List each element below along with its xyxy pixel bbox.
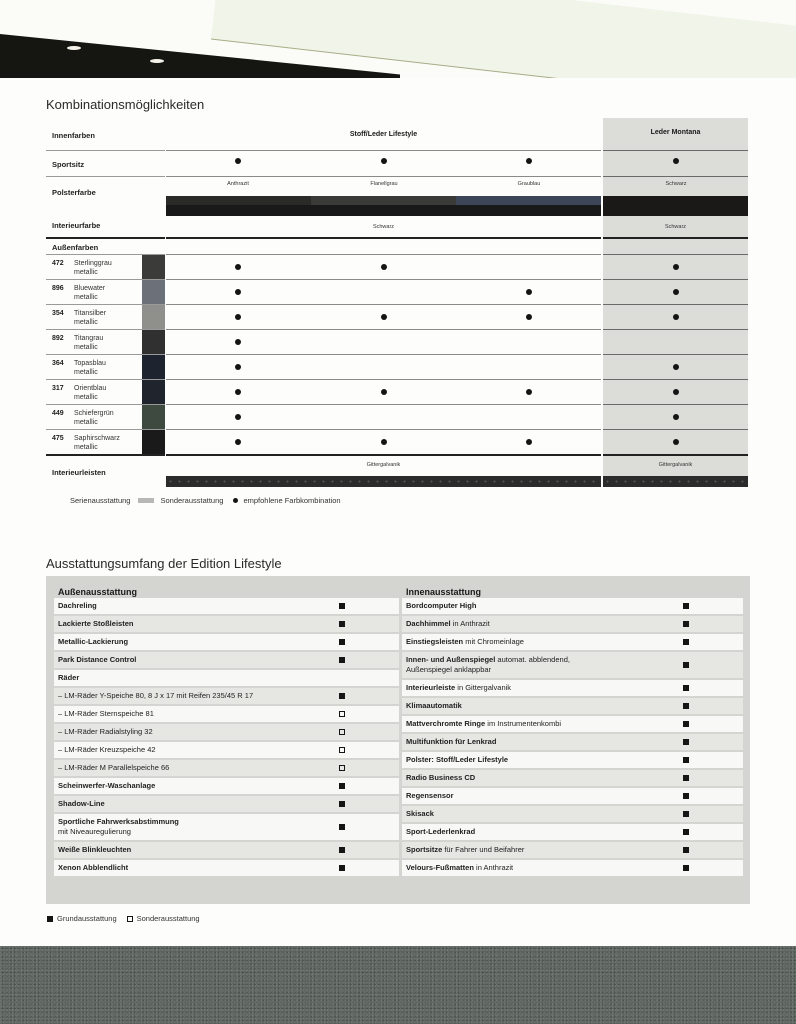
filled-square-icon: [683, 603, 689, 609]
equipment-item-label: Einstiegsleisten mit Chromeinlage: [406, 634, 743, 650]
equipment-item: Shadow-Line: [54, 796, 399, 814]
filled-square-icon: [339, 621, 345, 627]
equipment-item: Polster: Stoff/Leder Lifestyle: [402, 752, 743, 770]
filled-square-icon: [683, 757, 689, 763]
recommended-dot: [673, 264, 679, 270]
filled-square-icon: [339, 824, 345, 830]
recommended-dot: [673, 289, 679, 295]
equipment-item: Bordcomputer High: [402, 598, 743, 616]
combinations-legend: Serienausstattung Sonderausstattung empf…: [70, 496, 341, 505]
equipment-item: Radio Business CD: [402, 770, 743, 788]
row-divider: [166, 279, 601, 280]
equipment-item-label: Metallic-Lackierung: [58, 634, 399, 650]
equipment-item: Skisack: [402, 806, 743, 824]
equipment-item-label: Park Distance Control: [58, 652, 399, 668]
row-divider: [166, 429, 601, 430]
legend-optional-swatch: [138, 498, 154, 503]
ceiling-lamp: [67, 46, 81, 50]
row-divider: [166, 237, 601, 239]
equipment-item: Klimaautomatik: [402, 698, 743, 716]
filled-square-icon: [339, 693, 345, 699]
row-divider: [46, 454, 165, 456]
equipment-item-label: Lackierte Stoßleisten: [58, 616, 399, 632]
equipment-item-label: Scheinwerfer-Waschanlage: [58, 778, 399, 794]
sport-seat-dot: [526, 158, 532, 164]
open-square-icon: [339, 765, 345, 771]
exterior-color-code: 317: [52, 385, 64, 392]
equipment-item-label: Shadow-Line: [58, 796, 399, 812]
exterior-color-code: 892: [52, 335, 64, 342]
trim-bar-montana: [603, 476, 748, 487]
equipment-item-label: Interieurleiste in Gittergalvanik: [406, 680, 743, 696]
equipment-item-label: Regensensor: [406, 788, 743, 804]
row-divider: [603, 279, 748, 280]
row-divider: [166, 176, 601, 177]
equipment-item: Interieurleiste in Gittergalvanik: [402, 680, 743, 698]
row-divider: [603, 150, 748, 151]
interior-color-montana: Schwarz: [603, 224, 748, 230]
label-interior-colors: Innenfarben: [52, 131, 95, 140]
equipment-item-label: Skisack: [406, 806, 743, 822]
row-divider: [603, 354, 748, 355]
equipment-item: Einstiegsleisten mit Chromeinlage: [402, 634, 743, 652]
row-divider: [166, 150, 601, 151]
equipment-item: Mattverchromte Ringe im Instrumentenkomb…: [402, 716, 743, 734]
row-divider: [603, 454, 748, 456]
row-divider: [166, 379, 601, 380]
equipment-item: – LM-Räder Sternspeiche 81: [54, 706, 399, 724]
exterior-color-code: 472: [52, 260, 64, 267]
exterior-color-code: 364: [52, 360, 64, 367]
trim-montana: Gittergalvanik: [603, 462, 748, 468]
exterior-color-code: 475: [52, 435, 64, 442]
filled-square-icon: [683, 793, 689, 799]
filled-square-icon: [339, 801, 345, 807]
row-divider: [166, 354, 601, 355]
row-divider: [603, 254, 748, 255]
equipment-item: Park Distance Control: [54, 652, 399, 670]
legend-series-label: Serienausstattung: [70, 496, 130, 505]
exterior-color-swatch: [142, 380, 165, 405]
exterior-color-name: Schiefergrünmetallic: [74, 409, 114, 427]
recommended-dot: [381, 439, 387, 445]
label-interior-color: Interieurfarbe: [52, 221, 100, 230]
recommended-dot: [235, 439, 241, 445]
row-divider: [46, 176, 165, 177]
equipment-item: Multifunktion für Lenkrad: [402, 734, 743, 752]
exterior-color-code: 449: [52, 410, 64, 417]
equipment-item-label: Dachreling: [58, 598, 399, 614]
exterior-color-swatch: [142, 280, 165, 305]
row-divider: [46, 237, 165, 239]
column-head-lifestyle: Stoff/Leder Lifestyle: [166, 131, 601, 138]
filled-square-icon: [339, 783, 345, 789]
recommended-dot: [526, 289, 532, 295]
equipment-item-label: Multifunktion für Lenkrad: [406, 734, 743, 750]
equipment-item-label: Dachhimmel in Anthrazit: [406, 616, 743, 632]
recommended-dot: [235, 289, 241, 295]
row-divider: [46, 150, 165, 151]
row-divider: [603, 176, 748, 177]
equipment-title: Ausstattungsumfang der Edition Lifestyle: [46, 556, 282, 571]
upholstery-color-bar: [166, 196, 601, 216]
recommended-dot: [235, 264, 241, 270]
equipment-item: Dachreling: [54, 598, 399, 616]
legend-standard-label: Grundausstattung: [57, 914, 117, 923]
combinations-title: Kombinationsmöglichkeiten: [46, 97, 204, 112]
row-divider: [603, 429, 748, 430]
recommended-dot: [526, 439, 532, 445]
exterior-color-name: Orientblaumetallic: [74, 384, 106, 402]
equipment-item: Sportsitze für Fahrer und Beifahrer: [402, 842, 743, 860]
sport-seat-dot: [673, 158, 679, 164]
sport-seat-dot: [235, 158, 241, 164]
header-photo: [0, 0, 796, 78]
montana-upholstery-bar: [603, 196, 748, 216]
filled-square-icon: [683, 775, 689, 781]
label-sport-seat: Sportsitz: [52, 160, 84, 169]
trim-bar-lifestyle: [166, 476, 601, 487]
equipment-item: Lackierte Stoßleisten: [54, 616, 399, 634]
recommended-dot: [235, 414, 241, 420]
equipment-item-label: Innen- und Außenspiegel automat. abblend…: [406, 652, 743, 678]
equipment-item-label: Velours-Fußmatten in Anthrazit: [406, 860, 743, 876]
equipment-item-label: Sport-Lederlenkrad: [406, 824, 743, 840]
row-divider: [603, 304, 748, 305]
row-divider: [603, 379, 748, 380]
ceiling-lamp: [150, 59, 164, 63]
equipment-item-label: Sportsitze für Fahrer und Beifahrer: [406, 842, 743, 858]
montana-column-background: [603, 118, 748, 487]
row-divider: [603, 404, 748, 405]
upholstery-name: Flanellgrau: [344, 181, 424, 187]
exterior-color-name: Sterlinggraumetallic: [74, 259, 112, 277]
exterior-color-name: Saphirschwarzmetallic: [74, 434, 120, 452]
equipment-item: Scheinwerfer-Waschanlage: [54, 778, 399, 796]
exterior-color-code: 354: [52, 310, 64, 317]
equipment-item-label: Räder: [58, 670, 399, 686]
exterior-color-code: 896: [52, 285, 64, 292]
equipment-item: Weiße Blinkleuchten: [54, 842, 399, 860]
filled-square-icon: [683, 847, 689, 853]
recommended-dot: [381, 264, 387, 270]
equipment-item-label: Bordcomputer High: [406, 598, 743, 614]
equipment-item-label: Weiße Blinkleuchten: [58, 842, 399, 858]
filled-square-icon: [339, 847, 345, 853]
exterior-color-swatch: [142, 405, 165, 430]
filled-square-icon: [339, 603, 345, 609]
upholstery-name: Graublau: [489, 181, 569, 187]
exterior-color-name: Titansilbermetallic: [74, 309, 106, 327]
open-square-icon: [339, 729, 345, 735]
row-divider: [166, 304, 601, 305]
interior-color-lifestyle: Schwarz: [166, 224, 601, 230]
legend-recommended-label: empfohlene Farbkombination: [243, 496, 340, 505]
exterior-color-swatch: [142, 330, 165, 355]
equipment-item-label: Radio Business CD: [406, 770, 743, 786]
equipment-item: Metallic-Lackierung: [54, 634, 399, 652]
filled-square-icon: [683, 865, 689, 871]
equipment-item: Regensensor: [402, 788, 743, 806]
equipment-item-label: Polster: Stoff/Leder Lifestyle: [406, 752, 743, 768]
equipment-legend: Grundausstattung Sonderausstattung: [47, 914, 200, 923]
exterior-equipment-list: Außenausstattung DachrelingLackierte Sto…: [54, 576, 399, 878]
row-divider: [166, 254, 601, 255]
column-head-montana: Leder Montana: [603, 129, 748, 136]
exterior-color-swatch: [142, 255, 165, 280]
exterior-color-name: Titangraumetallic: [74, 334, 103, 352]
filled-square-icon: [339, 865, 345, 871]
equipment-item: Velours-Fußmatten in Anthrazit: [402, 860, 743, 878]
exterior-heading: Außenausstattung: [54, 576, 399, 598]
asphalt-footer-photo: [0, 946, 796, 1024]
equipment-item-label: Xenon Abblendlicht: [58, 860, 399, 876]
equipment-item-label: Klimaautomatik: [406, 698, 743, 714]
equipment-item: – LM-Räder Kreuzspeiche 42: [54, 742, 399, 760]
equipment-item: – LM-Räder Y-Speiche 80, 8 J x 17 mit Re…: [54, 688, 399, 706]
recommended-dot: [235, 339, 241, 345]
upholstery-swatch: [456, 196, 601, 205]
exterior-color-swatch: [142, 430, 165, 455]
row-divider: [166, 454, 601, 456]
interior-equipment-list: Innenausstattung Bordcomputer HighDachhi…: [402, 576, 743, 878]
exterior-color-name: Topasblaumetallic: [74, 359, 106, 377]
filled-square-icon: [683, 639, 689, 645]
upholstery-name: Schwarz: [636, 181, 716, 187]
filled-square-icon: [339, 657, 345, 663]
filled-square-icon: [683, 685, 689, 691]
equipment-item: Xenon Abblendlicht: [54, 860, 399, 878]
equipment-item-label: Mattverchromte Ringe im Instrumentenkomb…: [406, 716, 743, 732]
equipment-item-label: – LM-Räder M Parallelspeiche 66: [58, 760, 399, 776]
exterior-color-swatch: [142, 305, 165, 330]
equipment-item: Räder: [54, 670, 399, 688]
filled-square-icon: [683, 829, 689, 835]
recommended-dot: [673, 314, 679, 320]
sport-seat-dot: [381, 158, 387, 164]
label-upholstery-color: Polsterfarbe: [52, 188, 96, 197]
recommended-dot: [526, 314, 532, 320]
equipment-item-label: Sportliche Fahrwerksabstimmungmit Niveau…: [58, 814, 399, 840]
open-square-icon: [339, 747, 345, 753]
equipment-item: – LM-Räder Radialstyling 32: [54, 724, 399, 742]
equipment-item-label: – LM-Räder Radialstyling 32: [58, 724, 399, 740]
filled-square-icon: [47, 916, 53, 922]
recommended-dot: [235, 364, 241, 370]
recommended-dot: [381, 314, 387, 320]
row-divider: [166, 329, 601, 330]
recommended-dot: [235, 314, 241, 320]
label-exterior-colors: Außenfarben: [52, 243, 98, 252]
equipment-item-label: – LM-Räder Kreuzspeiche 42: [58, 742, 399, 758]
equipment-item: Dachhimmel in Anthrazit: [402, 616, 743, 634]
upholstery-swatch: [311, 196, 456, 205]
legend-dot-icon: [233, 498, 238, 503]
exterior-color-swatch: [142, 355, 165, 380]
recommended-dot: [526, 389, 532, 395]
filled-square-icon: [683, 703, 689, 709]
recommended-dot: [381, 389, 387, 395]
recommended-dot: [235, 389, 241, 395]
filled-square-icon: [683, 739, 689, 745]
upholstery-name: Anthrazit: [198, 181, 278, 187]
equipment-item: Innen- und Außenspiegel automat. abblend…: [402, 652, 743, 680]
legend-optional-label: Sonderausstattung: [160, 496, 223, 505]
recommended-dot: [673, 439, 679, 445]
legend-optional-label: Sonderausstattung: [137, 914, 200, 923]
interior-heading: Innenausstattung: [402, 576, 743, 598]
trim-lifestyle: Gittergalvanik: [166, 462, 601, 468]
upholstery-swatch: [166, 196, 311, 205]
equipment-item-label: – LM-Räder Sternspeiche 81: [58, 706, 399, 722]
open-square-icon: [339, 711, 345, 717]
filled-square-icon: [683, 721, 689, 727]
filled-square-icon: [683, 662, 689, 668]
label-interior-trims: Interieurleisten: [52, 468, 106, 477]
filled-square-icon: [683, 811, 689, 817]
filled-square-icon: [339, 639, 345, 645]
row-divider: [166, 404, 601, 405]
open-square-icon: [127, 916, 133, 922]
equipment-item: – LM-Räder M Parallelspeiche 66: [54, 760, 399, 778]
filled-square-icon: [683, 621, 689, 627]
equipment-item: Sport-Lederlenkrad: [402, 824, 743, 842]
row-divider: [603, 329, 748, 330]
recommended-dot: [673, 414, 679, 420]
recommended-dot: [673, 389, 679, 395]
equipment-panel: Außenausstattung DachrelingLackierte Sto…: [46, 576, 750, 904]
equipment-item: Sportliche Fahrwerksabstimmungmit Niveau…: [54, 814, 399, 842]
equipment-item-label: – LM-Räder Y-Speiche 80, 8 J x 17 mit Re…: [58, 688, 399, 704]
exterior-color-name: Bluewatermetallic: [74, 284, 105, 302]
row-divider: [603, 237, 748, 239]
recommended-dot: [673, 364, 679, 370]
